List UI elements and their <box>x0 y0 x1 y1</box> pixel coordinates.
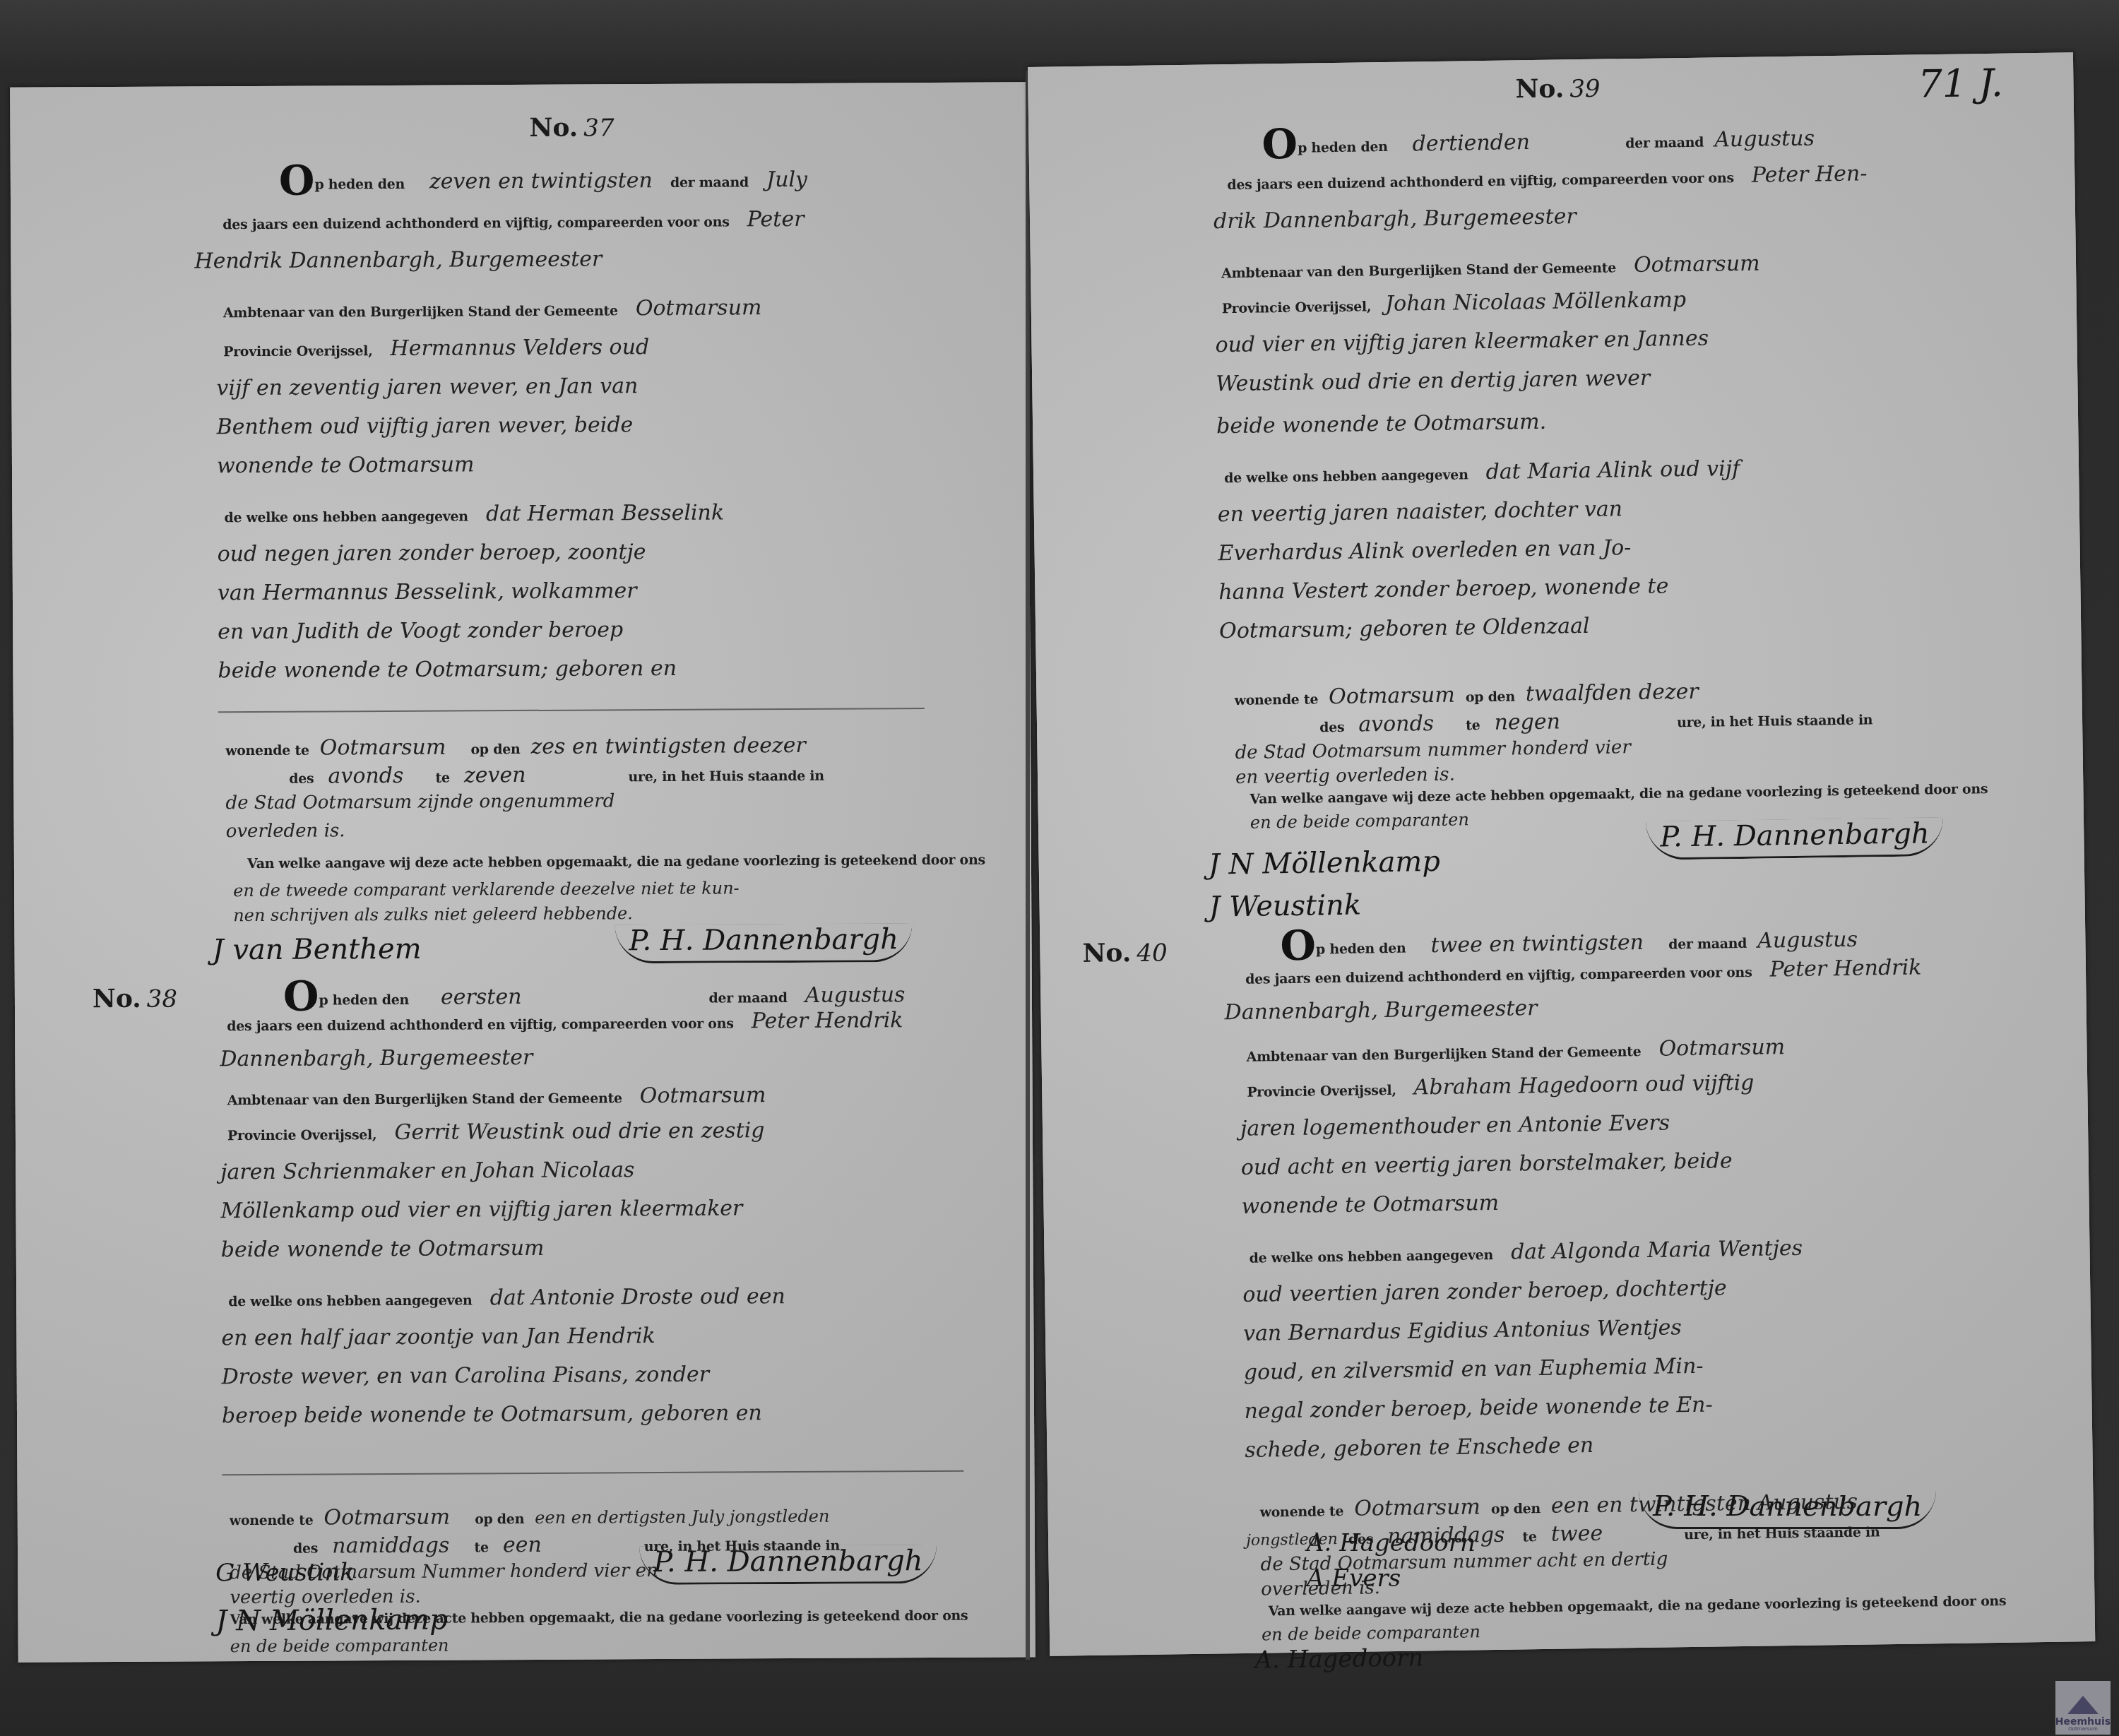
page-gutter <box>1026 71 1030 1660</box>
handwritten-hour: een <box>503 1533 542 1557</box>
handwritten-closing: en de beide comparanten <box>230 1636 449 1657</box>
entry-39: No.39 Op heden den dertienden der maand … <box>1028 52 2084 844</box>
right-page: 71 J. No.39 Op heden den dertienden der … <box>1028 52 2095 1655</box>
heemhuis-logo: Heemhuis Ootmarsum <box>2055 1681 2111 1735</box>
handwritten-declared: dat Algonda Maria Wentjes <box>1511 1236 1803 1265</box>
handwritten-day: twee en twintigsten <box>1430 930 1644 958</box>
entry-number: No.40 <box>1082 937 1168 968</box>
handwritten-house: de Stad Ootmarsum nummer honderd vier <box>1235 737 1631 763</box>
printed-text: de welke ons hebben aangegeven <box>224 509 468 525</box>
entry-40: No.40 Op heden den twee en twintigsten d… <box>1039 864 2095 1656</box>
ambtenaar-line: Ambtenaar van den Burgerlijken Stand der… <box>223 295 762 323</box>
printed-text: te <box>474 1540 488 1555</box>
printed-text: Provincie Overijssel, <box>227 1127 376 1143</box>
printed-text: p heden den <box>314 177 405 193</box>
handwritten-witness: Gerrit Weustink oud drie en zestig <box>394 1118 764 1145</box>
signature-witness-hagedoorn: A. Hagedoorn <box>1307 1529 1476 1557</box>
handwritten-declared: en veertig jaren naaister, dochter van <box>1218 497 1623 527</box>
handwritten-declared: en van Judith de Voogt zonder beroep <box>218 617 623 644</box>
handwritten-witness: beide wonende te Ootmarsum <box>221 1236 545 1262</box>
handwritten-witness: beide wonende te Ootmarsum. <box>1216 410 1547 439</box>
printed-text: der maand <box>1668 936 1747 953</box>
handwritten-witness: wonende te Ootmarsum <box>1241 1191 1499 1219</box>
handwritten-official: Dannenbargh, Burgemeester <box>220 1045 533 1071</box>
handwritten-death-day: een en dertigsten July jongstleden <box>535 1506 829 1528</box>
printed-text: Ambtenaar van den Burgerlijken Stand der… <box>1246 1044 1641 1065</box>
printed-text: op den <box>1491 1501 1541 1517</box>
handwritten-time: avonds <box>328 763 403 789</box>
number-value: 39 <box>1569 75 1601 104</box>
handwritten-house: en veertig overleden is. <box>1235 764 1455 788</box>
printed-text: der maand <box>708 990 787 1006</box>
house-roof-icon <box>2067 1696 2099 1714</box>
printed-text: wonende te <box>230 1513 314 1529</box>
handwritten-day: zeven en twintigsten <box>429 168 653 194</box>
printed-text: op den <box>470 742 520 757</box>
handwritten-official: Peter Hendrik <box>752 1008 903 1033</box>
no-label: No. <box>93 984 141 1013</box>
handwritten-declared: en een half jaar zoontje van Jan Hendrik <box>221 1324 655 1350</box>
handwritten-death-day: zes en twintigsten deezer <box>530 733 805 759</box>
printed-text: des <box>1319 720 1344 735</box>
printed-text: der maand <box>1625 135 1704 152</box>
date-line: Op heden den dertienden der maand August… <box>1262 112 1815 168</box>
time-line: des avonds te zeven ure, in het Huis sta… <box>289 761 824 789</box>
handwritten-gemeente: Ootmarsum <box>1634 251 1760 278</box>
handwritten-house: overleden is. <box>226 820 345 842</box>
declared-line: de welke ons hebben aangegeven dat Algon… <box>1249 1236 1803 1268</box>
handwritten-official: Peter Hendrik <box>1769 955 1921 982</box>
handwritten-declared: Droste wever, en van Carolina Pisans, zo… <box>222 1362 709 1390</box>
provincie-line: Provincie Overijssel, Abraham Hagedoorn … <box>1247 1071 1755 1102</box>
handwritten-residence: Ootmarsum <box>320 735 446 761</box>
printed-text: p heden den <box>1316 941 1406 958</box>
logo-name: Heemhuis <box>2055 1717 2111 1727</box>
divider-rule <box>218 708 925 713</box>
signature-official: P. H. Dannenbargh <box>639 1545 937 1585</box>
printed-text: te <box>435 771 449 786</box>
handwritten-witness: vijf en zeventig jaren wever, en Jan van <box>216 374 638 400</box>
left-page: No.37 Op heden den zeven en twintigsten … <box>10 82 1035 1663</box>
signature-witness: J N Möllenkamp <box>215 1604 447 1638</box>
entry-37: No.37 Op heden den zeven en twintigsten … <box>10 82 1031 850</box>
handwritten-gemeente: Ootmarsum <box>1658 1035 1785 1061</box>
handwritten-official: Peter Hen- <box>1752 161 1868 187</box>
logo-subtitle: Ootmarsum <box>2068 1727 2097 1732</box>
divider-rule <box>222 1470 963 1475</box>
printed-text: der maand <box>670 174 749 191</box>
handwritten-declared: beroep beide wonende te Ootmarsum, gebor… <box>222 1401 762 1428</box>
handwritten-official: Hendrik Dannenbargh, Burgemeester <box>194 246 602 273</box>
handwritten-witness: Benthem oud vijftig jaren wever, beide <box>217 412 634 439</box>
handwritten-hour: twee <box>1551 1521 1603 1547</box>
entry-number: No.38 <box>93 984 177 1014</box>
printed-text: de welke ons hebben aangegeven <box>1224 467 1468 486</box>
handwritten-month: July <box>766 167 807 192</box>
time-line: des avonds te negen ure, in het Huis sta… <box>1319 705 1873 737</box>
handwritten-hour: negen <box>1494 710 1560 735</box>
handwritten-witness: Weustink oud drie en dertig jaren wever <box>1216 366 1650 397</box>
signature-official: P. H. Dannenbargh <box>1639 1490 1936 1529</box>
handwritten-official: Dannenbargh, Burgemeester <box>1224 996 1537 1025</box>
residence-line: wonende te Ootmarsum op den zes en twint… <box>225 733 806 761</box>
printed-text: Ambtenaar van den Burgerlijken Stand der… <box>227 1090 622 1108</box>
printed-text: des <box>293 1541 318 1557</box>
handwritten-month: Augustus <box>805 982 906 1008</box>
printed-text: wonende te <box>225 743 309 759</box>
residence-line: wonende te Ootmarsum op den een en derti… <box>230 1503 830 1530</box>
entry-number: No.39 <box>1515 73 1601 105</box>
printed-text: p heden den <box>319 992 409 1009</box>
handwritten-time: namiddags <box>332 1533 449 1559</box>
handwritten-gemeente: Ootmarsum <box>640 1083 766 1108</box>
handwritten-day: dertienden <box>1412 130 1530 156</box>
printed-text: des jaars een duizend achthonderd en vij… <box>222 214 730 232</box>
printed-text: des <box>289 771 314 787</box>
handwritten-residence: Ootmarsum <box>324 1505 450 1530</box>
printed-text: de welke ons hebben aangegeven <box>228 1292 473 1309</box>
printed-text: op den <box>475 1511 524 1527</box>
declared-line: de welke ons hebben aangegeven dat Anton… <box>228 1284 785 1312</box>
handwritten-witness: jaren Schrienmaker en Johan Nicolaas <box>220 1158 634 1184</box>
printed-text: des jaars een duizend achthonderd en vij… <box>1245 965 1752 987</box>
handwritten-official: drik Dannenbargh, Burgemeester <box>1213 204 1577 234</box>
printed-text: ure, in het Huis staande in <box>628 768 824 785</box>
handwritten-witness: wonende te Ootmarsum <box>217 452 475 478</box>
handwritten-declared: dat Antonie Droste oud een <box>490 1284 785 1310</box>
number-value: 38 <box>147 985 177 1013</box>
printed-text: Ambtenaar van den Burgerlijken Stand der… <box>223 303 618 321</box>
printed-text: op den <box>1466 689 1515 705</box>
no-label: No. <box>529 113 578 143</box>
printed-text: wonende te <box>1259 1504 1343 1521</box>
no-label: No. <box>1082 938 1131 968</box>
handwritten-declared: Everhardus Alink overleden en van Jo- <box>1218 535 1631 566</box>
printed-text: Ambtenaar van den Burgerlijken Stand der… <box>1221 260 1616 281</box>
initial-o: O <box>1262 120 1298 169</box>
handwritten-witness: jaren logementhouder en Antonie Evers <box>1240 1110 1670 1141</box>
handwritten-month: Augustus <box>1714 126 1815 152</box>
handwritten-official: Peter <box>747 207 805 232</box>
entry-number: No.37 <box>529 112 614 143</box>
handwritten-declared: van Hermannus Besselink, wolkammer <box>218 578 637 605</box>
handwritten-declared: oud negen jaren zonder beroep, zoontje <box>218 540 646 566</box>
provincie-line: Provincie Overijssel, Johan Nicolaas Möl… <box>1222 287 1687 319</box>
handwritten-declared: oud veertien jaren zonder beroep, dochte… <box>1242 1276 1727 1307</box>
handwritten-declared: van Bernardus Egidius Antonius Wentjes <box>1243 1315 1682 1346</box>
signature-witness: A. Hagedoorn <box>1254 1643 1423 1674</box>
handwritten-residence: Ootmarsum <box>1329 683 1455 709</box>
ambtenaar-line: Ambtenaar van den Burgerlijken Stand der… <box>1246 1035 1785 1067</box>
handwritten-witness: Hermannus Velders oud <box>390 335 649 361</box>
handwritten-declared: schede, geboren te Enschede en <box>1245 1433 1593 1463</box>
handwritten-month: Augustus <box>1757 927 1858 953</box>
handwritten-declared: hanna Vestert zonder beroep, wonende te <box>1218 573 1668 605</box>
handwritten-residence: Ootmarsum <box>1354 1494 1480 1521</box>
handwritten-declared: goud, en zilversmid en van Euphemia Min- <box>1244 1354 1704 1385</box>
year-line: des jaars een duizend achthonderd en vij… <box>222 207 804 234</box>
ambtenaar-line: Ambtenaar van den Burgerlijken Stand der… <box>227 1083 766 1110</box>
printed-text: de welke ons hebben aangegeven <box>1249 1247 1493 1266</box>
printed-text: des jaars een duizend achthonderd en vij… <box>1227 170 1734 193</box>
provincie-line: Provincie Overijssel, Gerrit Weustink ou… <box>227 1118 765 1146</box>
date-line: Op heden den zeven en twintigsten der ma… <box>279 154 807 205</box>
signature-witness-evers: A Evers <box>1307 1564 1401 1593</box>
printed-text: ure, in het Huis staande in <box>1677 712 1872 730</box>
printed-text: Provincie Overijssel, <box>1247 1083 1396 1100</box>
signature-official: P. H. Dannenbargh <box>1646 817 1944 860</box>
handwritten-house: de Stad Ootmarsum zijnde ongenummerd <box>225 790 615 814</box>
declared-line: de welke ons hebben aangegeven dat Maria… <box>1224 456 1740 488</box>
handwritten-declared: beide wonende te Ootmarsum; geboren en <box>218 656 677 683</box>
ambtenaar-line: Ambtenaar van den Burgerlijken Stand der… <box>1221 251 1760 284</box>
printed-text: wonende te <box>1234 691 1318 708</box>
residence-line: wonende te Ootmarsum op den twaalfden de… <box>1234 679 1699 711</box>
declared-line: de welke ons hebben aangegeven dat Herma… <box>224 501 724 528</box>
handwritten-closing: en de beide comparanten <box>1250 809 1469 832</box>
handwritten-declared: negal zonder beroep, beide wonende te En… <box>1244 1393 1713 1424</box>
printed-closing: Van welke aangave wij deze acte hebben o… <box>247 852 985 872</box>
number-value: 40 <box>1136 939 1168 968</box>
handwritten-declared: dat Herman Besselink <box>486 501 724 527</box>
no-label: No. <box>1515 73 1564 104</box>
printed-text: des jaars een duizend achthonderd en vij… <box>227 1016 734 1034</box>
handwritten-witness: Abraham Hagedoorn oud vijftig <box>1413 1071 1754 1100</box>
handwritten-closing: en de beide comparanten <box>1262 1622 1480 1644</box>
handwritten-time: avonds <box>1358 711 1434 737</box>
initial-o: O <box>1280 921 1316 970</box>
printed-text: Provincie Overijssel, <box>1222 299 1372 316</box>
handwritten-witness: Möllenkamp oud vier en vijftig jaren kle… <box>220 1196 742 1223</box>
handwritten-gemeente: Ootmarsum <box>636 295 762 321</box>
printed-text: Provincie Overijssel, <box>223 343 372 359</box>
handwritten-declared: Ootmarsum; geboren te Oldenzaal <box>1219 614 1590 643</box>
handwritten-witness: oud acht en veertig jaren borstelmaker, … <box>1241 1148 1733 1180</box>
handwritten-declared: dat Maria Alink oud vijf <box>1485 456 1740 484</box>
handwritten-death-day: twaalfden dezer <box>1526 679 1699 706</box>
printed-text: p heden den <box>1298 139 1388 156</box>
year-line: des jaars een duizend achthonderd en vij… <box>227 1008 903 1036</box>
printed-text: te <box>1466 718 1480 733</box>
handwritten-day: eersten <box>441 985 522 1010</box>
printed-text: te <box>1522 1529 1537 1545</box>
handwritten-witness: Johan Nicolaas Möllenkamp <box>1385 287 1686 316</box>
signature-witness: G Weustink <box>215 1558 355 1587</box>
initial-o: O <box>279 157 315 205</box>
handwritten-witness: oud vier en vijftig jaren kleermaker en … <box>1215 326 1709 358</box>
handwritten-hour: zeven <box>464 763 526 787</box>
provincie-line: Provincie Overijssel, Hermannus Velders … <box>223 335 649 362</box>
number-value: 37 <box>583 114 614 142</box>
